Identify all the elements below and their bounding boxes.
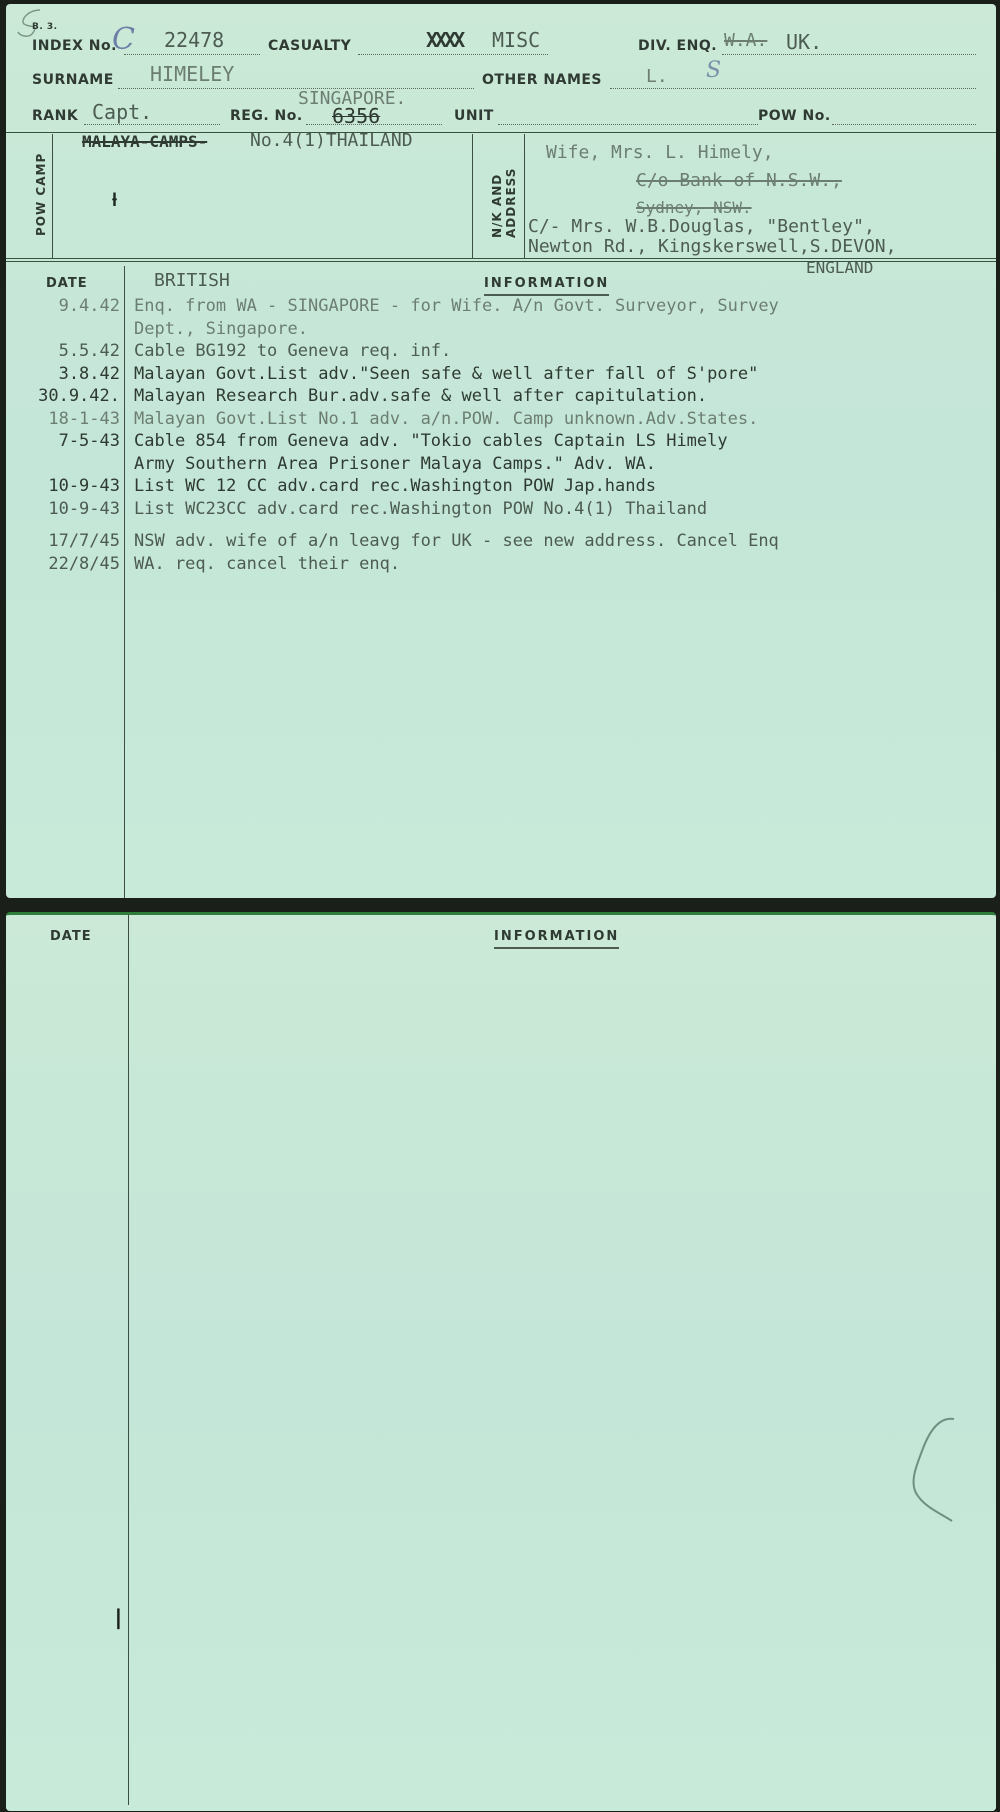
index-card-back: DATE INFORMATION ❘	[6, 912, 996, 1811]
table-row: 18-1-43Malayan Govt.List No.1 adv. a/n.P…	[6, 409, 996, 431]
entry-date: 30.9.42.	[38, 386, 120, 406]
div-enq-value: UK.	[786, 30, 822, 54]
index-annotation: C	[112, 22, 135, 57]
entry-text: Army Southern Area Prisoner Malaya Camps…	[134, 454, 656, 474]
entry-date: 18-1-43	[48, 409, 120, 429]
entry-text: Malayan Govt.List No.1 adv. a/n.POW. Cam…	[134, 409, 758, 429]
entry-text: Cable BG192 to Geneva req. inf.	[134, 341, 451, 361]
pencil-curve-mark-icon	[910, 1417, 970, 1527]
form-code: B. 3.	[32, 22, 58, 32]
pow-no-label: POW No.	[758, 108, 831, 124]
nk-label-line1: N/K AND	[490, 174, 504, 238]
other-names-value: L.	[646, 66, 668, 87]
back-information-header: INFORMATION	[494, 929, 619, 949]
entry-date: 22/8/45	[48, 554, 120, 574]
entry-text: Malayan Research Bur.adv.safe & well aft…	[134, 386, 707, 406]
surname-label: SURNAME	[32, 72, 114, 88]
entry-text: Cable 854 from Geneva adv. "Tokio cables…	[134, 431, 728, 451]
back-date-header: DATE	[50, 929, 92, 944]
pow-camp-struck: MALAYA-CAMPS-	[82, 132, 207, 151]
div-enq-label: DIV. ENQ.	[638, 38, 717, 54]
entry-text: Malayan Govt.List adv."Seen safe & well …	[134, 364, 758, 384]
date-header: DATE	[46, 276, 88, 291]
nk-line-1: Wife, Mrs. L. Himely,	[546, 142, 774, 163]
nk-line-3: Sydney, NSW.	[636, 198, 752, 217]
table-row: Dept., Singapore.	[6, 319, 996, 341]
table-row: 7-5-43Cable 854 from Geneva adv. "Tokio …	[6, 431, 996, 453]
div-enq-struck-value: W.A.	[724, 30, 767, 51]
entry-text: List WC23CC adv.card rec.Washington POW …	[134, 499, 707, 519]
entry-date: 9.4.42	[59, 296, 120, 316]
table-row: 10-9-43List WC23CC adv.card rec.Washingt…	[6, 499, 996, 521]
entry-text: Dept., Singapore.	[134, 319, 308, 339]
table-row: Army Southern Area Prisoner Malaya Camps…	[6, 454, 996, 476]
table-row: 17/7/45NSW adv. wife of a/n leavg for UK…	[6, 531, 996, 553]
nk-line-4: C/- Mrs. W.B.Douglas, "Bentley",	[528, 216, 875, 237]
entry-date: 5.5.42	[59, 341, 120, 361]
ink-mark-icon: ƚ	[112, 190, 117, 211]
reg-no-value: 6356	[332, 104, 380, 128]
nk-label-line2: ADDRESS	[504, 168, 518, 238]
ink-mark-icon: ❘	[110, 1605, 127, 1630]
entry-date: 10-9-43	[48, 476, 120, 496]
other-names-label: OTHER NAMES	[482, 72, 602, 88]
casualty-label: CASUALTY	[268, 38, 351, 54]
rank-label: RANK	[32, 108, 78, 124]
other-names-annotation: S	[706, 58, 721, 83]
nk-line-2: C/o Bank of N.S.W.,	[636, 170, 842, 191]
table-row: 30.9.42.Malayan Research Bur.adv.safe & …	[6, 386, 996, 408]
table-note: BRITISH	[154, 270, 230, 291]
nk-line-5: Newton Rd., Kingskerswell,S.DEVON,	[528, 236, 896, 257]
table-row: 5.5.42Cable BG192 to Geneva req. inf.	[6, 341, 996, 363]
rank-value: Capt.	[92, 100, 152, 124]
entry-date: 3.8.42	[59, 364, 120, 384]
entry-text: WA. req. cancel their enq.	[134, 554, 400, 574]
entry-text: NSW adv. wife of a/n leavg for UK - see …	[134, 531, 779, 551]
table-row: 10-9-43List WC 12 CC adv.card rec.Washin…	[6, 476, 996, 498]
casualty-value: MISC	[492, 28, 540, 52]
table-row: 22/8/45WA. req. cancel their enq.	[6, 554, 996, 576]
entry-date: 10-9-43	[48, 499, 120, 519]
index-card-front: B. 3. INDEX No. C 22478 CASUALTY XXXX MI…	[6, 4, 996, 898]
pow-camp-value: No.4(1)THAILAND	[250, 130, 413, 151]
index-no-label: INDEX No.	[32, 38, 117, 54]
unit-label: UNIT	[454, 108, 494, 124]
surname-value: HIMELEY	[150, 62, 234, 86]
reg-no-label: REG. No.	[230, 108, 303, 124]
entry-date: 17/7/45	[48, 531, 120, 551]
pow-camp-label: POW CAMP	[34, 153, 48, 236]
entry-text: Enq. from WA - SINGAPORE - for Wife. A/n…	[134, 296, 779, 316]
casualty-struck-value: XXXX	[426, 28, 462, 52]
entry-date: 7-5-43	[59, 431, 120, 451]
table-row: 3.8.42Malayan Govt.List adv."Seen safe &…	[6, 364, 996, 386]
information-header: INFORMATION	[484, 276, 609, 296]
table-row: 9.4.42Enq. from WA - SINGAPORE - for Wif…	[6, 296, 996, 318]
index-no-value: 22478	[164, 28, 224, 52]
entry-text: List WC 12 CC adv.card rec.Washington PO…	[134, 476, 656, 496]
